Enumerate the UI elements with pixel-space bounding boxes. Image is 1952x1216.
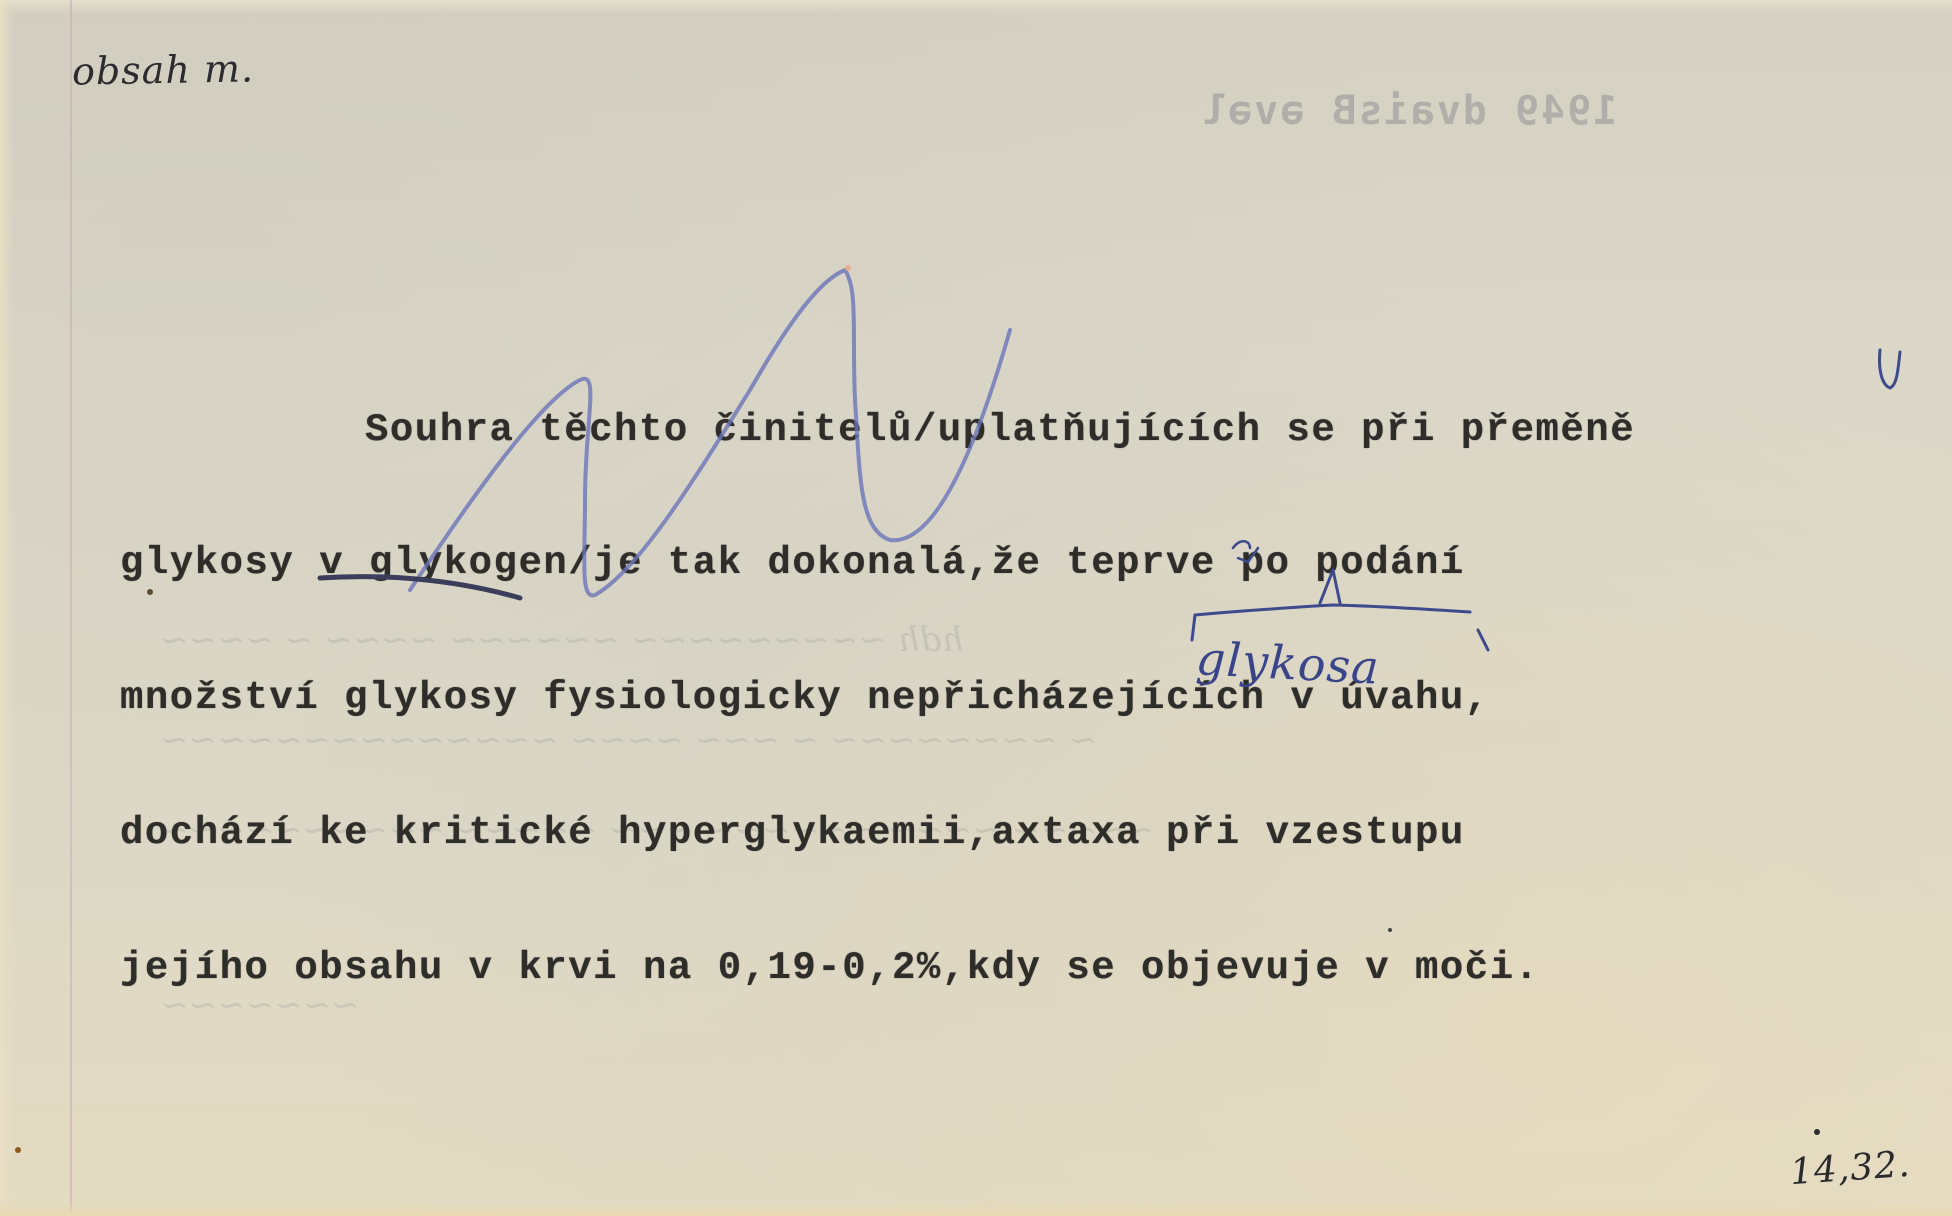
- margin-rule: [70, 0, 72, 1216]
- handwritten-correction: glykosa: [1195, 631, 1381, 695]
- typed-line: množství glykosy fysiologicky nepřicháze…: [120, 676, 1635, 721]
- blue-ink-caret-correction: [1879, 350, 1900, 388]
- typed-line: Souhra těchto činitelů/uplatňujících se …: [120, 408, 1635, 453]
- ink-speck: [845, 265, 851, 271]
- scanned-document-page: 1949 dvaisB ǝvǝl hdh ~~~~~~~~~ ~~~~~~ ~~…: [0, 0, 1952, 1216]
- typed-line: jejího obsahu v krvi na 0,19-0,2%,kdy se…: [120, 946, 1635, 991]
- ink-speck: [15, 1147, 21, 1153]
- typed-line: dochází ke kritické hyperglykaemii,axtax…: [120, 811, 1635, 856]
- paper-left-edge: [0, 0, 14, 1216]
- bleed-through-stamp: 1949 dvaisB ǝvǝl: [1200, 88, 1617, 134]
- handwritten-note-top-left: obsah m.: [72, 46, 255, 93]
- paper-top-edge: [0, 0, 1952, 14]
- handwritten-page-number: 14,32.: [1789, 1144, 1912, 1193]
- typed-line: glykosy v glykogen/je tak dokonalá,že te…: [120, 541, 1635, 586]
- paper-bottom-edge: [0, 1202, 1952, 1216]
- typed-paragraph: Souhra těchto činitelů/uplatňujících se …: [120, 318, 1635, 1081]
- ink-speck: [1814, 1129, 1820, 1135]
